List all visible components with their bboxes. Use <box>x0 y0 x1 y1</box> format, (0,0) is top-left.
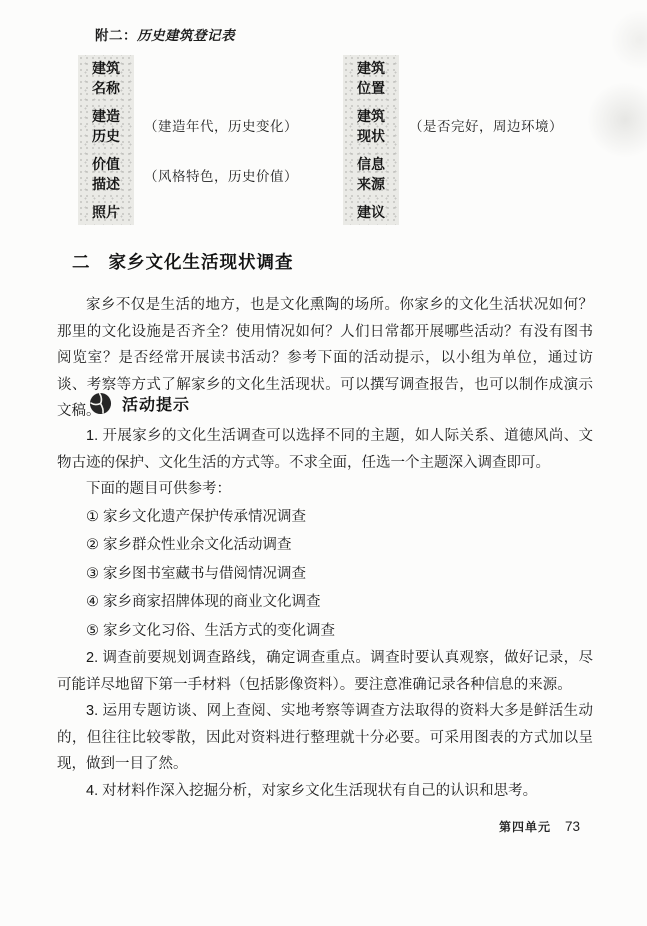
form-label-suggestion: 建议 <box>357 202 385 222</box>
section-title: 家乡文化生活现状调查 <box>109 252 294 272</box>
tip-paragraph-4: 4. 对材料作深入挖掘分析，对家乡文化生活现状有自己的认识和思考。 <box>57 778 593 805</box>
appendix-title-text: 历史建筑登记表 <box>137 28 235 43</box>
form-column-right: 建筑位置 建筑现状 信息来源 建议 （是否完好，周边环境） <box>343 55 633 225</box>
form-label-building-name: 建筑名称 <box>92 58 120 98</box>
label-line: 历史 <box>92 128 120 144</box>
label-line: 照片 <box>92 204 120 220</box>
form-note-building-condition: （是否完好，周边环境） <box>409 115 563 135</box>
form-note-construction-history: （建造年代，历史变化） <box>144 115 298 135</box>
textbook-page: 附二：历史建筑登记表 建筑名称 建造历史 价值描述 照片 （建造年代，历史变化）… <box>0 0 647 926</box>
label-line: 位置 <box>357 80 385 96</box>
section-number: 二 <box>72 252 91 272</box>
tip-paragraph-3: 3. 运用专题访谈、网上查阅、实地考察等调查方法取得的资料大多是鲜活生动的，但往… <box>57 698 593 778</box>
form-column-left: 建筑名称 建造历史 价值描述 照片 （建造年代，历史变化） （风格特色，历史价值… <box>78 55 368 225</box>
topics-intro: 下面的题目可供参考： <box>57 476 593 503</box>
label-line: 来源 <box>357 176 385 192</box>
label-line: 建筑 <box>357 108 385 124</box>
label-line: 建筑 <box>92 60 120 76</box>
form-note-value-description: （风格特色，历史价值） <box>144 165 298 185</box>
pinwheel-icon <box>89 392 112 415</box>
tip-paragraph-2: 2. 调查前要规划调查路线，确定调查重点。调查时要认真观察，做好记录，尽可能详尽… <box>57 645 593 698</box>
form-label-photo: 照片 <box>92 202 120 222</box>
form-label-construction-history: 建造历史 <box>92 106 120 146</box>
form-label-value-description: 价值描述 <box>92 154 120 194</box>
label-line: 价值 <box>92 156 120 172</box>
activity-tips-heading: 活动提示 <box>89 392 190 415</box>
topic-item-5: ⑤ 家乡文化习俗、生活方式的变化调查 <box>57 617 593 646</box>
registration-form: 建筑名称 建造历史 价值描述 照片 （建造年代，历史变化） （风格特色，历史价值… <box>0 55 647 227</box>
appendix-title: 附二：历史建筑登记表 <box>95 24 235 44</box>
topic-item-1: ① 家乡文化遗产保护传承情况调查 <box>57 503 593 532</box>
label-line: 描述 <box>92 176 120 192</box>
footer-unit-label: 第四单元 <box>499 818 551 835</box>
label-band-left: 建筑名称 建造历史 价值描述 照片 <box>78 55 134 225</box>
topic-item-3: ③ 家乡图书室藏书与借阅情况调查 <box>57 560 593 589</box>
form-label-building-location: 建筑位置 <box>357 58 385 98</box>
label-line: 建议 <box>357 204 385 220</box>
page-footer: 第四单元 73 <box>499 818 580 835</box>
topic-item-4: ④ 家乡商家招牌体现的商业文化调查 <box>57 588 593 617</box>
label-line: 建造 <box>92 108 120 124</box>
label-band-right: 建筑位置 建筑现状 信息来源 建议 <box>343 55 399 225</box>
activity-tips-title: 活动提示 <box>122 392 190 415</box>
label-line: 现状 <box>357 128 385 144</box>
appendix-label: 附二： <box>95 28 137 43</box>
section-heading: 二家乡文化生活现状调查 <box>72 249 294 274</box>
label-line: 名称 <box>92 80 120 96</box>
label-line: 信息 <box>357 156 385 172</box>
topic-item-2: ② 家乡群众性业余文化活动调查 <box>57 531 593 560</box>
form-label-info-source: 信息来源 <box>357 154 385 194</box>
activity-tips-body: 1. 开展家乡的文化生活调查可以选择不同的主题，如人际关系、道德风尚、文物古迹的… <box>57 423 593 804</box>
tip-paragraph-1: 1. 开展家乡的文化生活调查可以选择不同的主题，如人际关系、道德风尚、文物古迹的… <box>57 423 593 476</box>
label-line: 建筑 <box>357 60 385 76</box>
form-label-building-condition: 建筑现状 <box>357 106 385 146</box>
footer-page-number: 73 <box>565 819 580 834</box>
